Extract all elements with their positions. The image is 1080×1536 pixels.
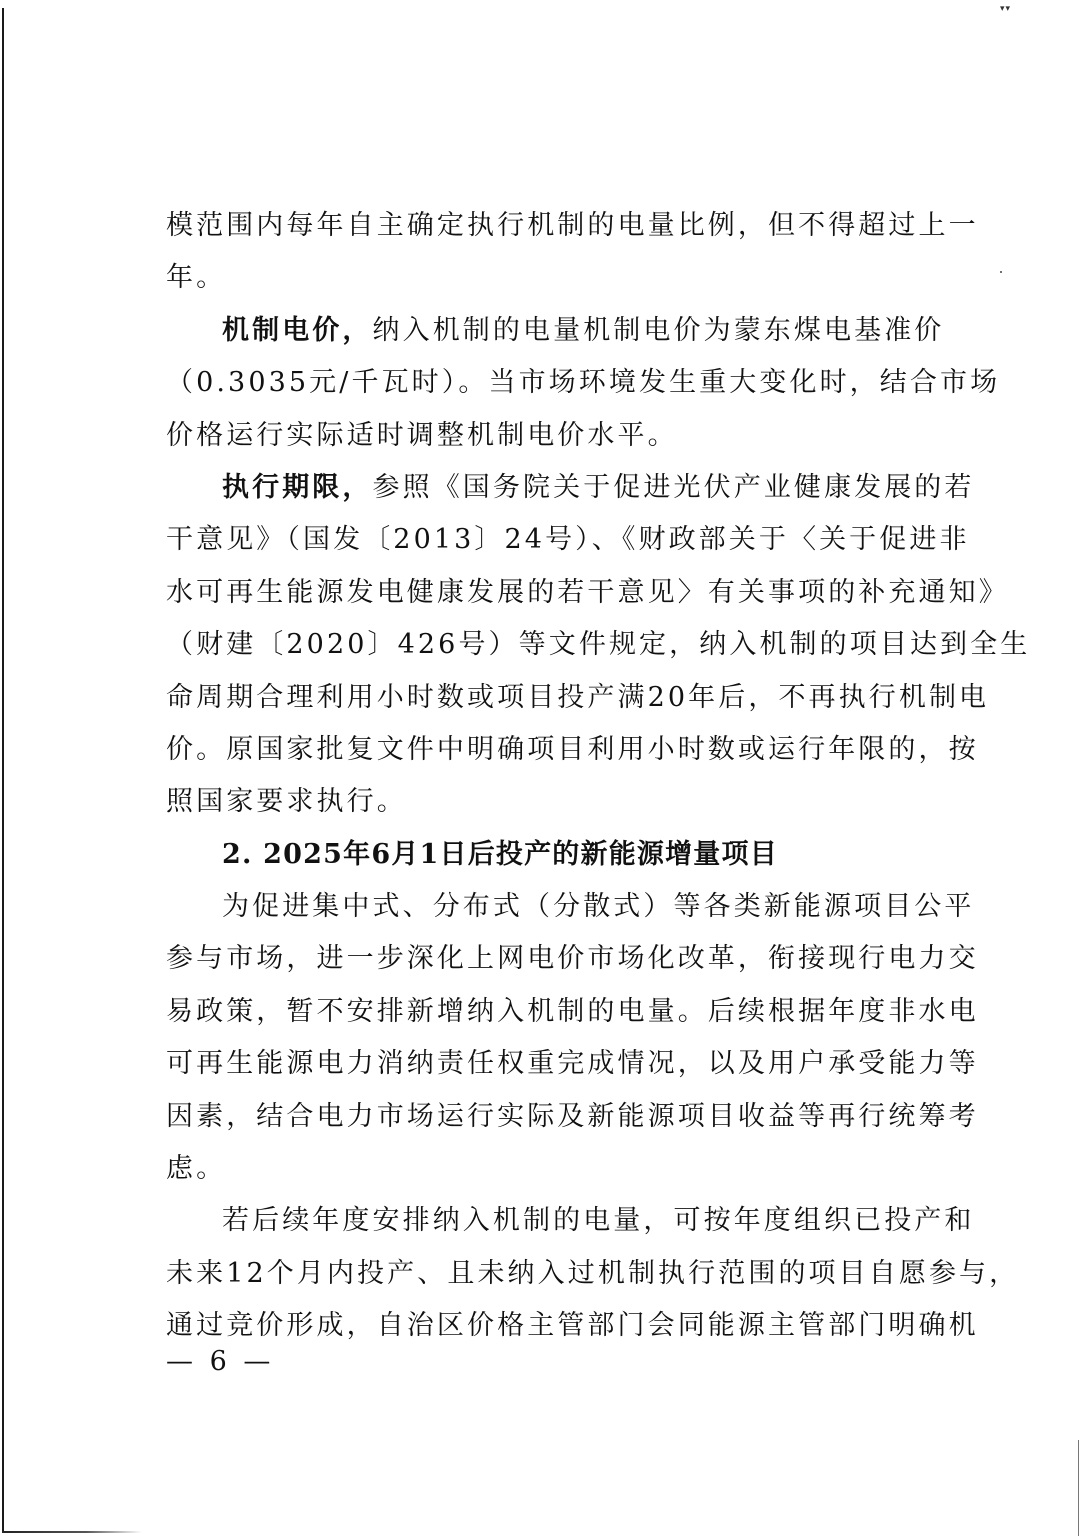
scan-artifact-mark: ▾▾ — [1000, 4, 1011, 14]
line-text: 照国家要求执行。 — [166, 786, 407, 817]
paragraph-line: 价格运行实际适时调整机制电价水平。 — [166, 414, 936, 466]
paragraph-line: 命周期合理利用小时数或项目投产满20年后，不再执行机制电 — [166, 676, 936, 728]
line-text: 参照《国务院关于促进光伏产业健康发展的若 — [373, 472, 975, 503]
term-execution-period: 执行期限， — [222, 472, 373, 503]
paragraph-line: 干意见》（国发〔2013〕24号）、《财政部关于〈关于促进非 — [166, 518, 936, 570]
line-text: 水可再生能源发电健康发展的若干意见〉有关事项的补充通知》 — [166, 577, 1009, 608]
line-text: 为促进集中式、分布式（分散式）等各类新能源项目公平 — [222, 891, 975, 922]
line-text: 因素，结合电力市场运行实际及新能源项目收益等再行统筹考 — [166, 1101, 979, 1132]
line-text: 虑。 — [166, 1153, 226, 1184]
paragraph-line: 价。原国家批复文件中明确项目利用小时数或运行年限的，按 — [166, 728, 936, 780]
line-text: 价。原国家批复文件中明确项目利用小时数或运行年限的，按 — [166, 734, 979, 765]
section-heading: 2. 2025年6月1日后投产的新能源增量项目 — [166, 833, 936, 885]
paragraph-mechanism-price: 机制电价，纳入机制的电量机制电价为蒙东煤电基准价 — [166, 309, 936, 361]
paragraph-line: 参与市场，进一步深化上网电价市场化改革，衔接现行电力交 — [166, 937, 936, 989]
document-body: 模范围内每年自主确定执行机制的电量比例，但不得超过上一 年。 机制电价，纳入机制… — [166, 204, 936, 1357]
line-text: 通过竞价形成，自治区价格主管部门会同能源主管部门明确机 — [166, 1310, 979, 1341]
paragraph-line: 因素，结合电力市场运行实际及新能源项目收益等再行统筹考 — [166, 1095, 936, 1147]
line-text: 命周期合理利用小时数或项目投产满20年后，不再执行机制电 — [166, 682, 989, 713]
paragraph-line: 虑。 — [166, 1147, 936, 1199]
line-text: 参与市场，进一步深化上网电价市场化改革，衔接现行电力交 — [166, 943, 979, 974]
line-text: 价格运行实际适时调整机制电价水平。 — [166, 420, 678, 451]
line-text: 纳入机制的电量机制电价为蒙东煤电基准价 — [373, 315, 945, 346]
paragraph-line: 可再生能源电力消纳责任权重完成情况，以及用户承受能力等 — [166, 1042, 936, 1094]
paragraph-line: 照国家要求执行。 — [166, 780, 936, 832]
paragraph-line: 通过竞价形成，自治区价格主管部门会同能源主管部门明确机 — [166, 1304, 936, 1356]
paragraph-execution-period: 执行期限，参照《国务院关于促进光伏产业健康发展的若 — [166, 466, 936, 518]
line-text: 干意见》（国发〔2013〕24号）、《财政部关于〈关于促进非 — [166, 524, 970, 555]
line-text: （财建〔2020〕426号）等文件规定，纳入机制的项目达到全生 — [166, 629, 1030, 660]
page-number: — 6 — — [166, 1340, 274, 1384]
line-text: 未来12个月内投产、且未纳入过机制执行范围的项目自愿参与， — [166, 1258, 1019, 1289]
paragraph-line: 年。 — [166, 256, 936, 308]
paragraph-line: 水可再生能源发电健康发展的若干意见〉有关事项的补充通知》 — [166, 571, 936, 623]
line-text: 年。 — [166, 262, 226, 293]
line-text: 若后续年度安排纳入机制的电量，可按年度组织已投产和 — [222, 1205, 975, 1236]
line-text: 模范围内每年自主确定执行机制的电量比例，但不得超过上一 — [166, 210, 979, 241]
paragraph-line: 未来12个月内投产、且未纳入过机制执行范围的项目自愿参与， — [166, 1252, 936, 1304]
paragraph-line: （财建〔2020〕426号）等文件规定，纳入机制的项目达到全生 — [166, 623, 936, 675]
scan-speck — [1000, 271, 1002, 273]
line-text: 可再生能源电力消纳责任权重完成情况，以及用户承受能力等 — [166, 1048, 979, 1079]
term-mechanism-price: 机制电价， — [222, 315, 373, 346]
paragraph-line: （0.3035元/千瓦时）。当市场环境发生重大变化时，结合市场 — [166, 361, 936, 413]
paragraph-line: 易政策，暂不安排新增纳入机制的电量。后续根据年度非水电 — [166, 990, 936, 1042]
scan-border-left — [2, 8, 4, 1531]
scan-border-right — [1078, 1440, 1079, 1536]
line-text: 易政策，暂不安排新增纳入机制的电量。后续根据年度非水电 — [166, 996, 979, 1027]
line-text: （0.3035元/千瓦时）。当市场环境发生重大变化时，结合市场 — [166, 367, 1000, 398]
paragraph-line: 模范围内每年自主确定执行机制的电量比例，但不得超过上一 — [166, 204, 936, 256]
scan-border-bottom — [2, 1531, 142, 1533]
paragraph-line: 为促进集中式、分布式（分散式）等各类新能源项目公平 — [166, 885, 936, 937]
paragraph-line: 若后续年度安排纳入机制的电量，可按年度组织已投产和 — [166, 1199, 936, 1251]
